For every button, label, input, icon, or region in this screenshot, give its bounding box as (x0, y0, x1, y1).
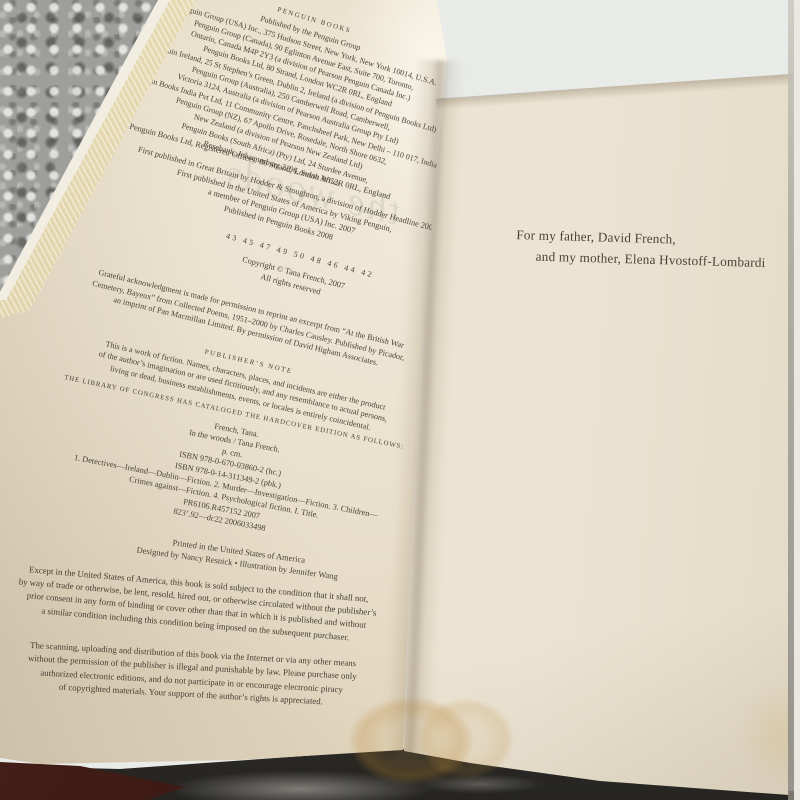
stain (420, 700, 512, 778)
book-photo: the woods PENGUIN BOOKS Published by the… (0, 0, 800, 800)
page-edge-light (794, 0, 800, 800)
dedication: For my father, David French,and my mothe… (515, 224, 796, 274)
